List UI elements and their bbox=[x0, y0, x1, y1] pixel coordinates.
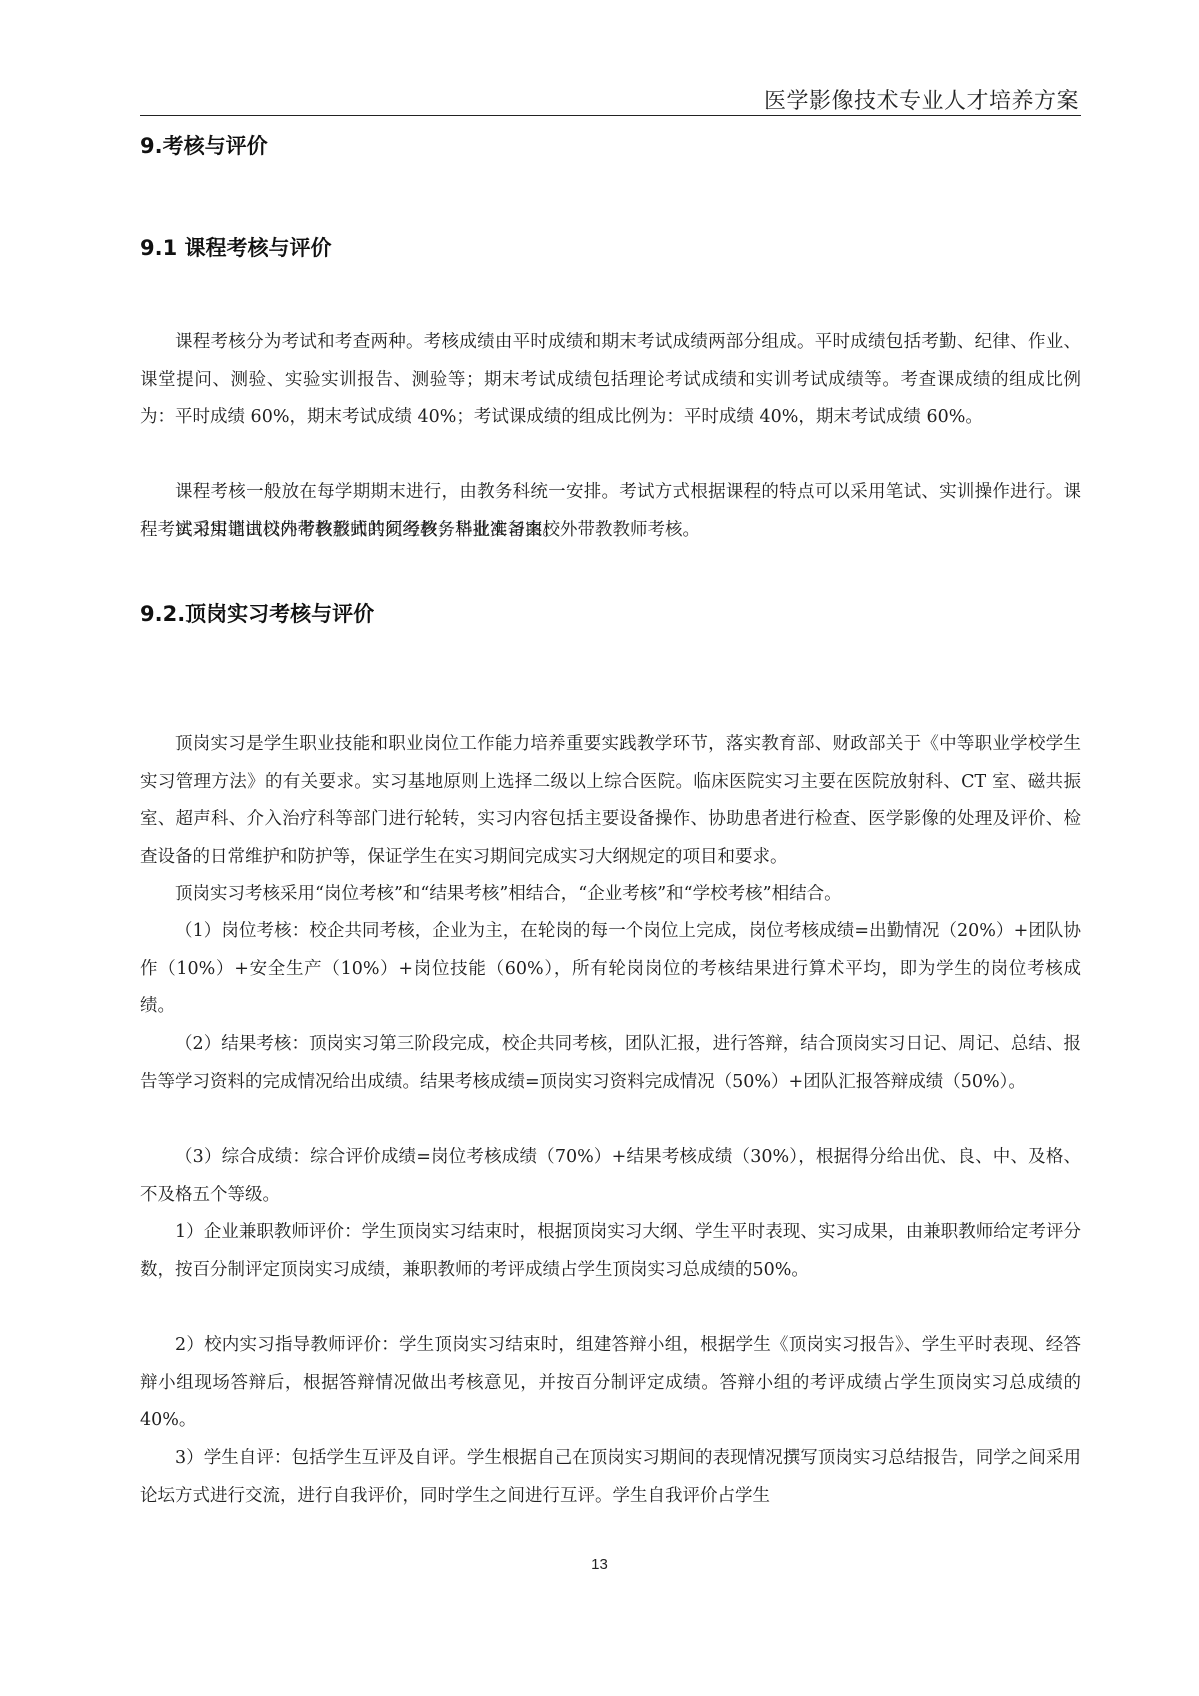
header-divider bbox=[140, 115, 1081, 116]
document-header-title: 医学影像技术专业人才培养方案 bbox=[764, 84, 1079, 115]
paragraph: （1）岗位考核：校企共同考核，企业为主，在轮岗的每一个岗位上完成，岗位考核成绩=… bbox=[140, 913, 1081, 1026]
paragraph: 1）企业兼职教师评价：学生顶岗实习结束时，根据顶岗实习大纲、学生平时表现、实习成… bbox=[140, 1214, 1081, 1289]
paragraph: 2）校内实习指导教师评价：学生顶岗实习结束时，组建答辩小组，根据学生《顶岗实习报… bbox=[140, 1327, 1081, 1440]
paragraph: 3）学生自评：包括学生互评及自评。学生根据自己在顶岗实习期间的表现情况撰写顶岗实… bbox=[140, 1440, 1081, 1515]
section-heading-9-1: 9.1 课程考核与评价 bbox=[140, 232, 332, 262]
section-heading-9: 9.考核与评价 bbox=[140, 130, 268, 160]
page-number: 13 bbox=[0, 1556, 1199, 1573]
paragraph: 课程考核分为考试和考查两种。考核成绩由平时成绩和期末考试成绩两部分组成。平时成绩… bbox=[140, 324, 1081, 437]
paragraph: （2）结果考核：顶岗实习第三阶段完成，校企共同考核，团队汇报，进行答辩，结合顶岗… bbox=[140, 1026, 1081, 1101]
paragraph: 顶岗实习考核采用“岗位考核”和“结果考核”相结合，“企业考核”和“学校考核”相结… bbox=[140, 876, 1081, 914]
paragraph: 顶岗实习是学生职业技能和职业岗位工作能力培养重要实践教学环节，落实教育部、财政部… bbox=[140, 726, 1081, 876]
paragraph: 实习实训由校内带教教师共同考核；毕业实习由校外带教教师考核。 bbox=[140, 512, 1081, 550]
section-heading-9-2: 9.2.顶岗实习考核与评价 bbox=[140, 598, 374, 628]
paragraph: （3）综合成绩：综合评价成绩=岗位考核成绩（70%）+结果考核成绩（30%），根… bbox=[140, 1139, 1081, 1214]
